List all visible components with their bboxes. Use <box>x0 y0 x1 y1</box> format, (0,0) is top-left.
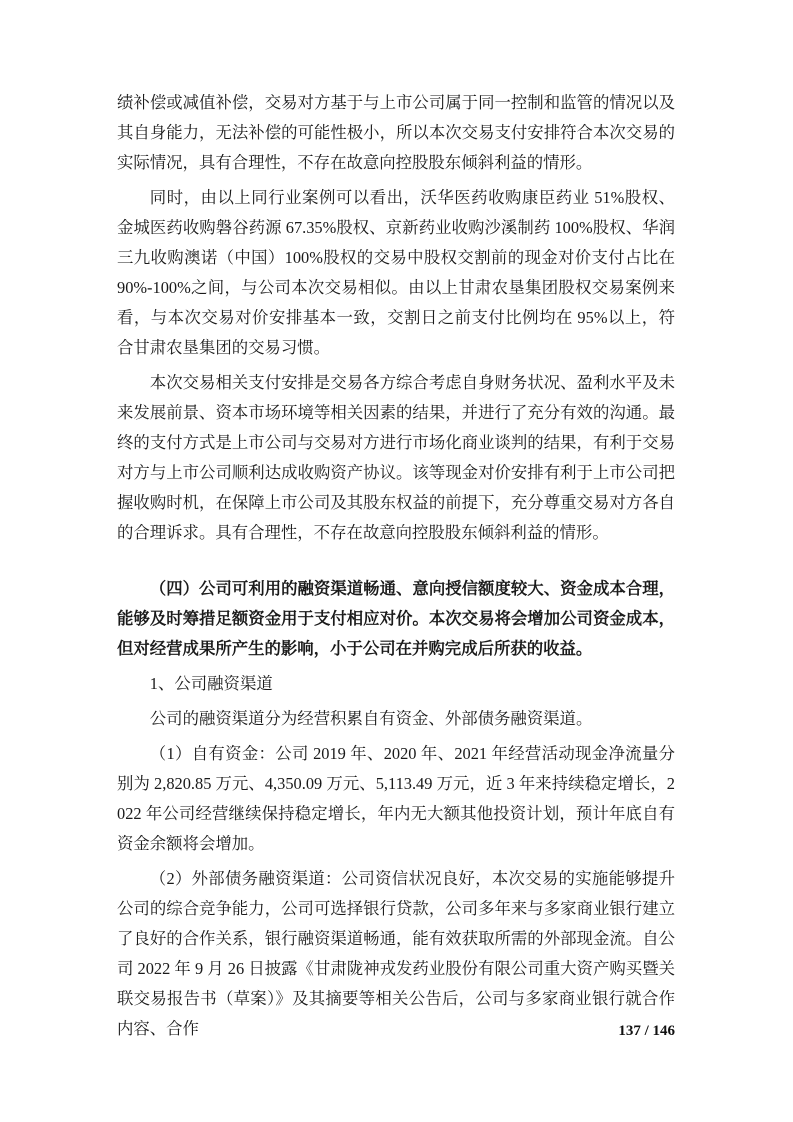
subsection-heading-financing-channels: 1、公司融资渠道 <box>117 669 675 699</box>
document-page: 绩补偿或减值补偿，交易对方基于与上市公司属于同一控制和监管的情况以及其自身能力，… <box>0 0 793 1122</box>
paragraph-channel-overview: 公司的融资渠道分为经营积累自有资金、外部债务融资渠道。 <box>117 704 675 734</box>
paragraph-payment-arrangement: 本次交易相关支付安排是交易各方综合考虑自身财务状况、盈利水平及未来发展前景、资本… <box>117 368 675 548</box>
section-heading-4: （四）公司可利用的融资渠道畅通、意向授信额度较大、资金成本合理，能够及时筹措足额… <box>117 574 675 664</box>
paragraph-external-debt-financing: （2）外部债务融资渠道：公司资信状况良好，本次交易的实施能够提升公司的综合竞争能… <box>117 864 675 1044</box>
paragraph-own-funds: （1）自有资金：公司 2019 年、2020 年、2021 年经营活动现金净流量… <box>117 739 675 859</box>
paragraph-industry-cases: 同时，由以上同行业案例可以看出，沃华医药收购康臣药业 51%股权、金城医药收购磐… <box>117 183 675 363</box>
paragraph-continuation: 绩补偿或减值补偿，交易对方基于与上市公司属于同一控制和监管的情况以及其自身能力，… <box>117 88 675 178</box>
page-number: 137 / 146 <box>618 1022 675 1040</box>
